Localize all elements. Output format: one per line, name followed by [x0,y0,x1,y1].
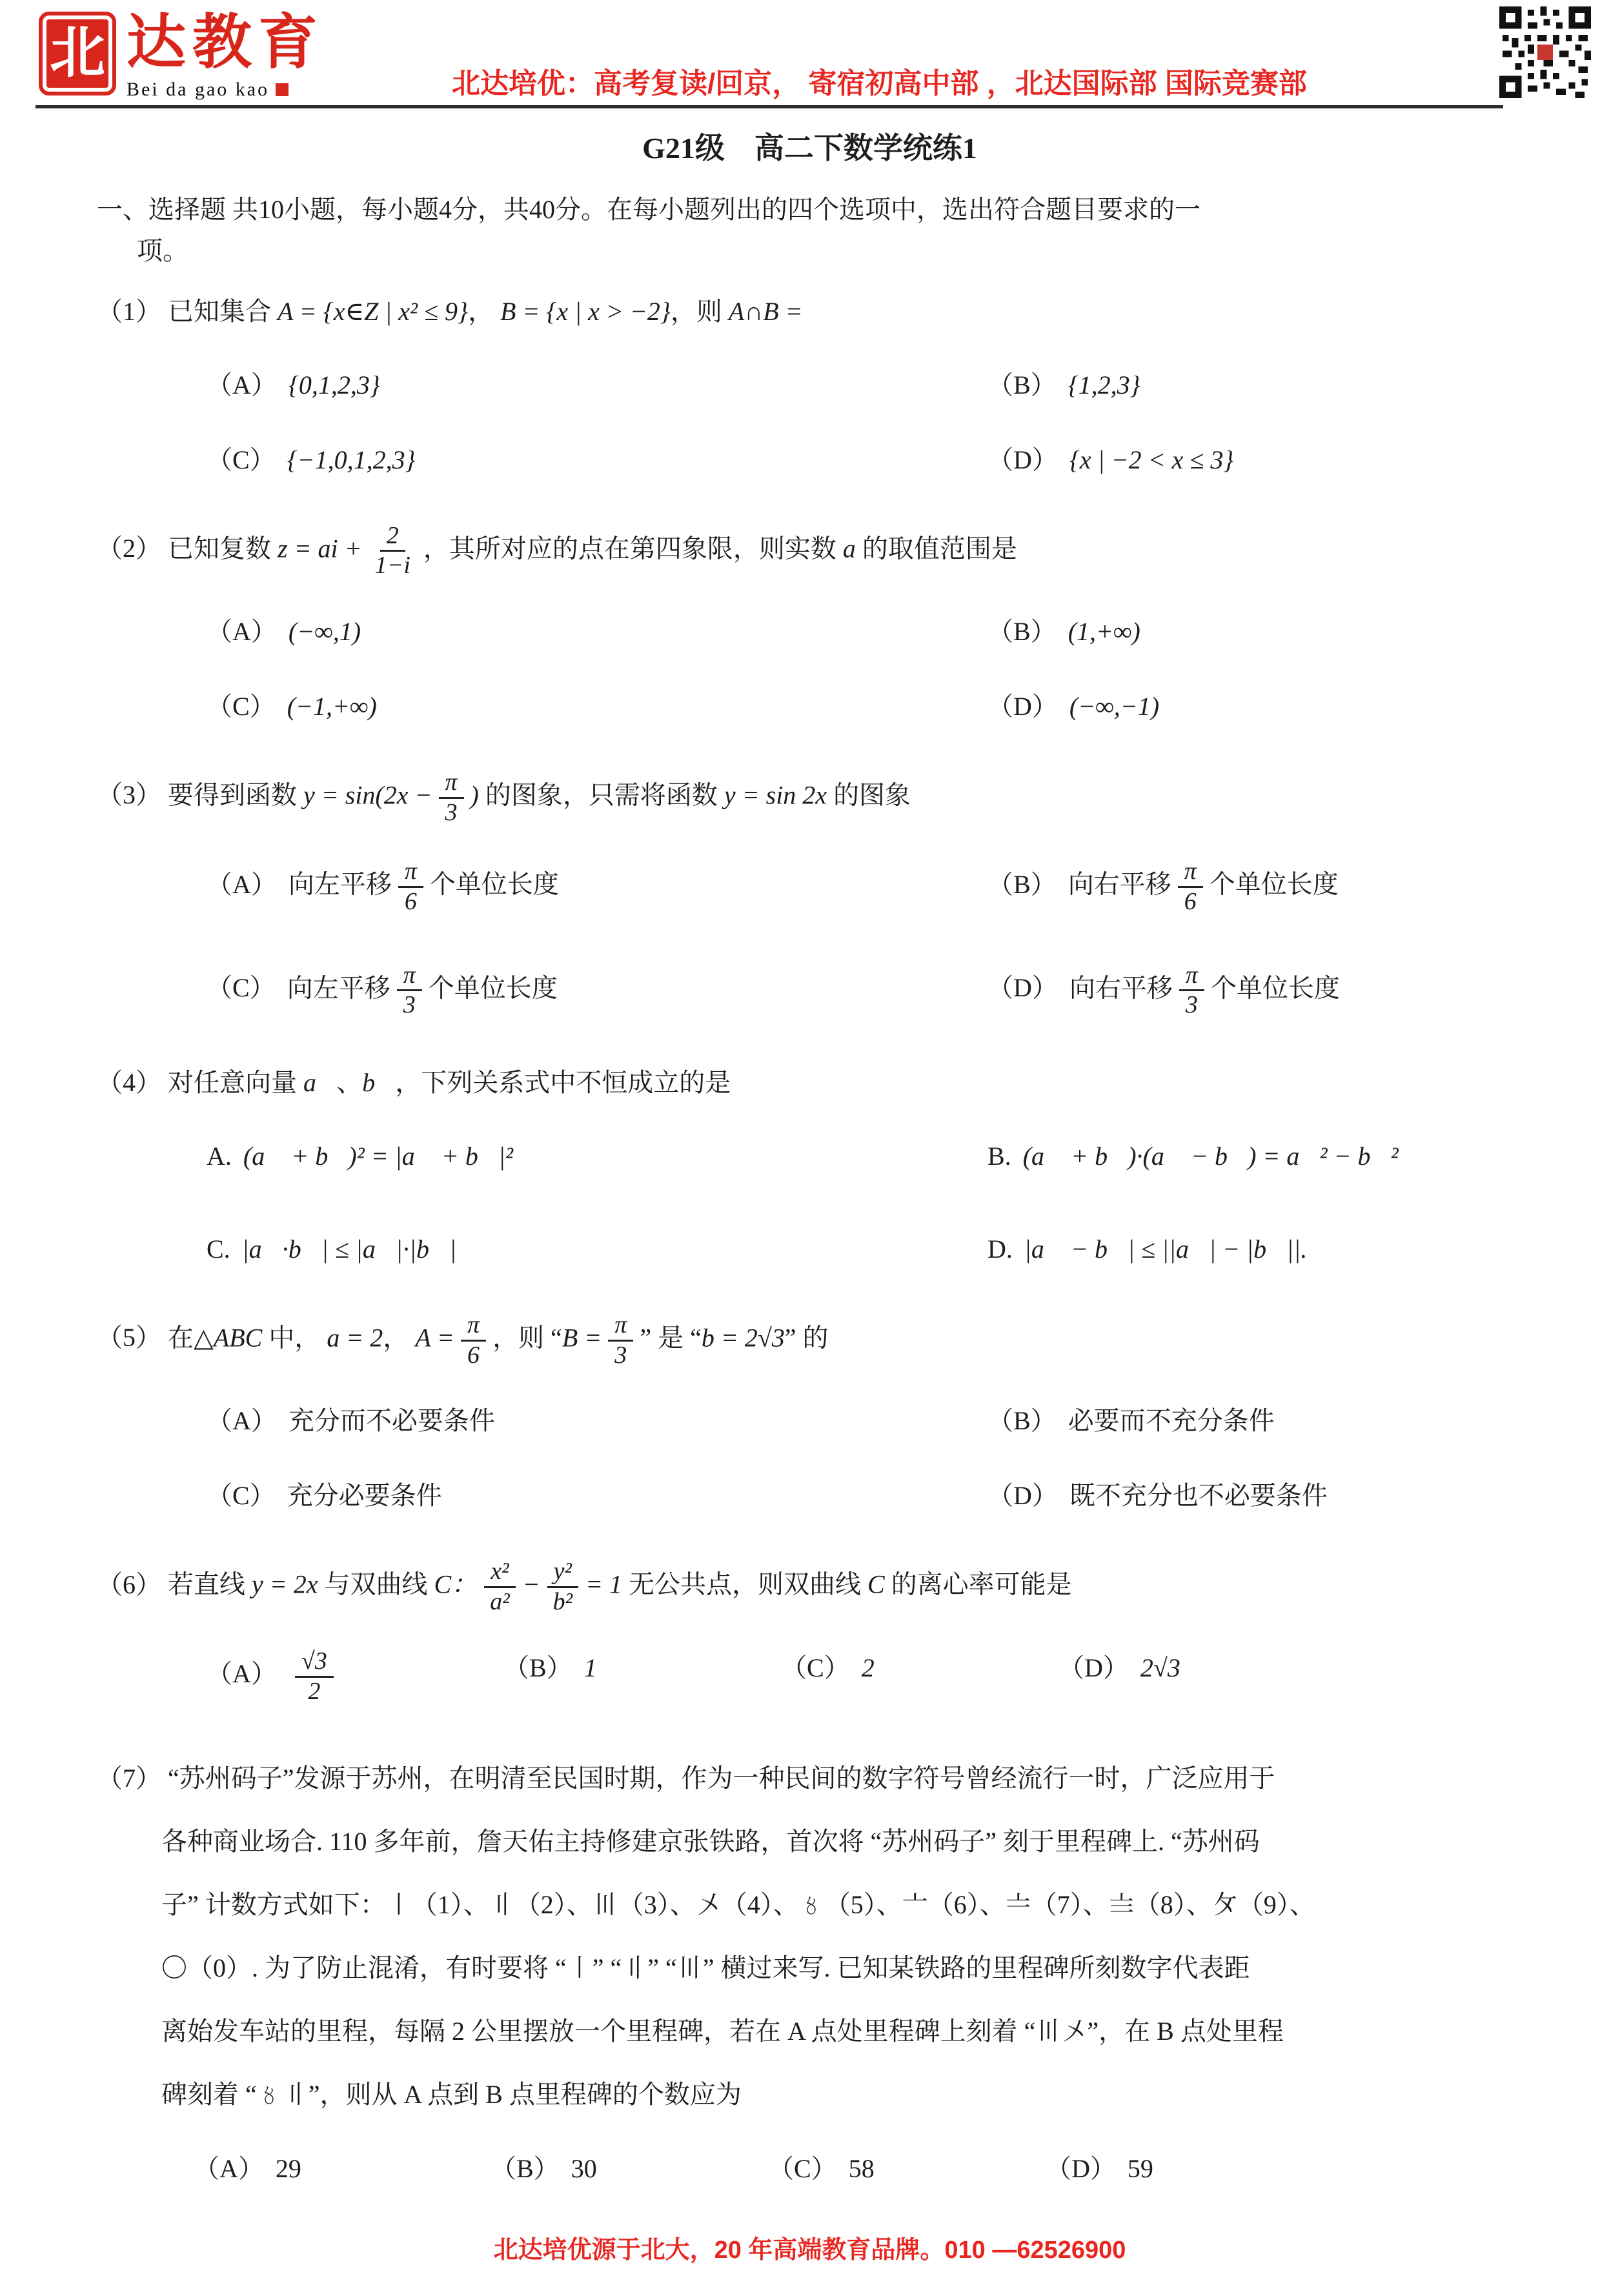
stem-text: 已知复数 [168,534,278,563]
option-label: （C） [207,1481,276,1510]
option-c: （C）2 [781,1647,1058,1706]
option-value: 29 [276,2154,301,2183]
stem-text: 要得到函数 [168,780,303,809]
exam-page: 北 达教育 Bei da gao kao 北达培优：高考复读/回京， 寄宿初高中… [0,0,1600,2296]
question-3: （3）要得到函数 y = sin(2x −π3) 的图象，只需将函数 y = s… [97,769,1523,1020]
question-1-options: （A）{0,1,2,3} （B）{1,2,3} （C）{−1,0,1,2,3} … [97,365,1523,481]
option-b: （B）向右平移π6个单位长度 [987,858,1523,916]
math-expression: A = [415,1323,454,1352]
stem-text: 对任意向量 [168,1068,303,1097]
option-a: （A）(−∞,1) [207,611,987,652]
option-b: （B）{1,2,3} [987,365,1523,406]
option-b: （B）30 [491,2148,768,2190]
option-value: 2 [862,1653,875,1682]
question-number: （5） [97,1323,161,1352]
question-7-line2: 各种商业场合. 110 多年前，詹天佑主持修建京张铁路，首次将 “苏州码子” 刻… [97,1810,1523,1873]
option-text: 向右平移 [1069,973,1173,1002]
stem-text: 与双曲线 [318,1570,434,1599]
option-d: （D）{x | −2 < x ≤ 3} [987,439,1523,481]
math-expression: C [867,1570,885,1599]
option-c: C.|a⃗·b⃗| ≤ |a⃗|·|b⃗|； [207,1229,987,1270]
paragraph-text: 各种商业场合. 110 多年前，詹天佑主持修建京张铁路，首次将 “苏州码子” 刻… [161,1827,1260,1856]
math-fraction: y²b² [547,1558,579,1616]
option-text: 充分而不必要条件 [289,1406,495,1435]
fraction-numerator: π [461,1311,486,1342]
option-label: C. [207,1234,230,1264]
brand-subtitle-text: Bei da gao kao [127,74,269,105]
math-expression: △ABC [194,1323,262,1352]
question-number: （7） [97,1764,161,1793]
option-text: 向左平移 [289,870,392,899]
question-4-options: A.(a⃗ + b⃗)² = |a⃗ + b⃗|²； B.(a⃗ + b⃗)·(… [97,1136,1523,1270]
option-label: （D） [987,973,1058,1002]
question-4-stem: （4）对任意向量 a⃗、b⃗，下列关系式中不恒成立的是 [97,1061,1523,1105]
option-b: （B）1 [503,1647,781,1706]
fraction-denominator: 3 [608,1342,633,1370]
option-label: （C） [768,2154,837,2183]
option-label: （C） [207,445,276,474]
option-c: （C）(−1,+∞) [207,686,987,727]
option-value: {0,1,2,3} [289,370,380,399]
header-slogan: 北达培优：高考复读/回京， 寄宿初高中部 ，北达国际部 国际竞赛部 [452,61,1307,106]
logo-seal-icon: 北 [39,12,116,96]
option-value: {1,2,3} [1068,370,1140,399]
option-label: （B） [987,870,1057,899]
question-4: （4）对任意向量 a⃗、b⃗，下列关系式中不恒成立的是 A.(a⃗ + b⃗)²… [97,1061,1523,1270]
fraction-numerator: √3 [295,1647,334,1678]
question-5-stem: （5）在△ABC 中， a = 2， A =π6，则 “B =π3” 是 “b … [97,1311,1523,1369]
fraction-denominator: a² [483,1588,516,1616]
paragraph-text: 离始发车站的里程，每隔 2 公里摆放一个里程碑，若在 A 点处里程碑上刻着 “〣… [161,2017,1284,2046]
instructions-line1: 一、选择题 共10小题，每小题4分，共40分。在每小题列出的四个选项中，选出符合… [97,189,1523,230]
fraction-numerator: y² [547,1558,578,1588]
option-value: (−∞,−1) [1069,692,1159,721]
stem-text: 的图象，只需将函数 [479,780,724,809]
question-number: （4） [97,1068,161,1097]
option-label: （A） [207,870,277,899]
option-label: （D） [1058,1653,1129,1682]
fraction-numerator: x² [484,1558,515,1588]
vector-a: a⃗ [303,1068,336,1097]
stem-text: ， [468,297,500,326]
option-label: A. [207,1142,232,1171]
paragraph-text: “苏州码子”发源于苏州，在明清至民国时期，作为一种民间的数字符号曾经流行一时，广… [168,1764,1275,1793]
option-a: （A）{0,1,2,3} [207,365,987,406]
question-number: （1） [97,297,161,326]
question-2-options: （A）(−∞,1) （B）(1,+∞) （C）(−1,+∞) （D）(−∞,−1… [97,611,1523,727]
option-label: （D） [987,445,1058,474]
option-text: 个单位长度 [1210,870,1339,899]
question-7-line5: 离始发车站的里程，每隔 2 公里摆放一个里程碑，若在 A 点处里程碑上刻着 “〣… [97,2000,1523,2063]
math-fraction: π3 [439,769,464,827]
option-label: （C） [781,1653,850,1682]
option-value: 1 [584,1653,597,1682]
option-label: （A） [207,1659,277,1688]
option-c: （C）充分必要条件 [207,1475,987,1516]
stem-text: ，则 “ [492,1323,562,1352]
option-text: 个单位长度 [429,973,558,1002]
fraction-denominator: 3 [439,799,464,827]
option-label: （A） [207,1406,277,1435]
option-value: {x | −2 < x ≤ 3} [1069,445,1233,474]
question-7: （7）“苏州码子”发源于苏州，在明清至民国时期，作为一种民间的数字符号曾经流行一… [97,1747,1523,2190]
option-label: （A） [194,2154,264,2183]
brand-text-block: 达教育 Bei da gao kao [127,12,324,105]
option-label: （B） [491,2154,560,2183]
brand-logo: 北 达教育 Bei da gao kao [39,12,324,105]
paragraph-text: 〇（0）. 为了防止混淆，有时要将 “〡” “〢” “〣” 横过来写. 已知某铁… [161,1953,1250,1982]
option-a: （A）√32 [207,1647,503,1706]
option-value: 2√3 [1140,1653,1180,1682]
fraction-numerator: π [1179,962,1204,992]
option-b: （B）(1,+∞) [987,611,1523,652]
exam-title: G21级 高二下数学统练1 [97,125,1523,172]
option-value: 30 [571,2154,597,2183]
brand-subtitle: Bei da gao kao [127,74,324,105]
option-b: （B）必要而不充分条件 [987,1400,1523,1442]
option-text: 向右平移 [1068,870,1171,899]
question-number: （3） [97,780,161,809]
option-value: |a⃗ − b⃗| ≤ ||a⃗| − |b⃗||. [1024,1234,1307,1264]
option-label: （B） [987,617,1057,646]
option-c: （C）{−1,0,1,2,3} [207,439,987,481]
math-expression: ) [471,780,479,809]
option-c: （C）58 [768,2148,1046,2190]
option-label: （D） [987,1481,1058,1510]
option-label: B. [987,1142,1011,1171]
qr-code [1499,6,1591,98]
stem-text: 的离心率可能是 [885,1570,1072,1599]
question-1-stem: （1）已知集合 A = {x∈Z | x² ≤ 9}， B = {x | x >… [97,290,1523,334]
question-5-options: （A）充分而不必要条件 （B）必要而不充分条件 （C）充分必要条件 （D）既不充… [97,1400,1523,1516]
question-1: （1）已知集合 A = {x∈Z | x² ≤ 9}， B = {x | x >… [97,290,1523,481]
math-expression: y = 2x [252,1570,318,1599]
question-7-line1: （7）“苏州码子”发源于苏州，在明清至民国时期，作为一种民间的数字符号曾经流行一… [97,1747,1523,1810]
option-value: 58 [849,2154,875,2183]
fraction-numerator: π [398,858,423,888]
fraction-denominator: 6 [1178,888,1203,916]
question-7-options: （A）29 （B）30 （C）58 （D）59 [97,2148,1523,2190]
option-label: （B） [987,370,1057,399]
option-text: 向左平移 [287,973,390,1002]
fraction-numerator: π [1178,858,1203,888]
stem-text: ” 的 [785,1323,829,1352]
math-expression: C： [434,1570,478,1599]
math-expression: z = ai + [278,534,362,563]
stem-text: ，则 [671,297,729,326]
option-text: 个单位长度 [430,870,559,899]
stem-text: 中， [262,1323,327,1352]
header-divider [35,105,1503,108]
math-fraction: π6 [398,858,423,916]
math-fraction: x²a² [483,1558,516,1616]
page-header: 北 达教育 Bei da gao kao 北达培优：高考复读/回京， 寄宿初高中… [0,0,1600,113]
math-fraction: π6 [461,1311,486,1369]
stem-text: 若直线 [168,1570,252,1599]
math-fraction: 21−i [369,522,417,580]
option-label: （C） [207,973,276,1002]
option-value: {−1,0,1,2,3} [287,445,416,474]
paragraph-text: 子” 计数方式如下：〡（1）、〢（2）、〣（3）、〤（4）、〥（5）、〦（6）、… [161,1890,1315,1919]
question-3-stem: （3）要得到函数 y = sin(2x −π3) 的图象，只需将函数 y = s… [97,769,1523,827]
math-expression: b = 2√3 [702,1323,785,1352]
option-d: （D）59 [1046,2148,1523,2190]
option-d: D.|a⃗ − b⃗| ≤ ||a⃗| − |b⃗||. [987,1229,1523,1270]
question-6-stem: （6）若直线 y = 2x 与双曲线 C：x²a²−y²b²= 1 无公共点，则… [97,1558,1523,1616]
question-2-stem: （2）已知复数 z = ai +21−i，其所对应的点在第四象限，则实数 a 的… [97,522,1523,580]
stem-text: 的图象 [827,780,911,809]
option-a: （A）29 [194,2148,491,2190]
math-fraction: π3 [397,962,422,1020]
math-expression: A = {x∈Z | x² ≤ 9} [278,297,468,326]
fraction-denominator: 6 [461,1342,486,1370]
question-6: （6）若直线 y = 2x 与双曲线 C：x²a²−y²b²= 1 无公共点，则… [97,1558,1523,1706]
option-d: （D）向右平移π3个单位长度 [987,962,1523,1020]
math-expression: B = [562,1323,602,1352]
math-expression: B = {x | x > −2} [500,297,671,326]
math-expression: = 1 [585,1570,622,1599]
stem-text: 已知集合 [168,297,278,326]
option-c: （C）向左平移π3个单位长度 [207,962,987,1020]
math-expression: y = sin(2x − [303,780,432,809]
option-d: （D）既不充分也不必要条件 [987,1475,1523,1516]
fraction-denominator: 3 [397,991,422,1020]
option-value: (a⃗ + b⃗)² = |a⃗ + b⃗|²； [243,1142,533,1171]
question-3-options: （A）向左平移π6个单位长度 （B）向右平移π6个单位长度 （C）向左平移π3个… [97,858,1523,1020]
option-text: 个单位长度 [1211,973,1340,1002]
stem-text: ，下列关系式中不恒成立的是 [395,1068,731,1097]
option-value: |a⃗·b⃗| ≤ |a⃗|·|b⃗|； [242,1234,477,1264]
option-text: 必要而不充分条件 [1068,1406,1275,1435]
option-text: 既不充分也不必要条件 [1069,1481,1328,1510]
question-number: （6） [97,1570,161,1599]
math-expression: − [523,1570,540,1599]
fraction-numerator: π [608,1311,633,1342]
stem-text: ，其所对应的点在第四象限，则实数 [423,534,843,563]
math-expression: y = sin 2x [724,780,827,809]
math-fraction: π3 [1179,962,1204,1020]
math-fraction: √32 [295,1647,334,1706]
option-value: (−1,+∞) [287,692,377,721]
option-a: （A）充分而不必要条件 [207,1400,987,1442]
stem-text: ” 是 “ [640,1323,702,1352]
question-7-line4: 〇（0）. 为了防止混淆，有时要将 “〡” “〢” “〣” 横过来写. 已知某铁… [97,1937,1523,2000]
question-7-line6: 碑刻着 “〥〢”，则从 A 点到 B 点里程碑的个数应为 [97,2063,1523,2126]
fraction-numerator: π [439,769,464,799]
brand-name: 达教育 [127,12,324,74]
fraction-denominator: b² [547,1588,579,1616]
question-number: （2） [97,534,161,563]
option-label: （A） [207,370,277,399]
option-d: （D）2√3 [1058,1647,1523,1706]
option-label: D. [987,1234,1013,1264]
question-2: （2）已知复数 z = ai +21−i，其所对应的点在第四象限，则实数 a 的… [97,522,1523,727]
option-value: 59 [1128,2154,1153,2183]
math-expression: a [843,534,856,563]
option-label: （D） [987,692,1058,721]
fraction-denominator: 6 [398,888,423,916]
question-5: （5）在△ABC 中， a = 2， A =π6，则 “B =π3” 是 “b … [97,1311,1523,1516]
logo-square-icon [276,83,289,96]
instructions-line2: 项。 [97,230,1523,272]
fraction-denominator: 1−i [369,552,417,580]
stem-text: ， [383,1323,415,1352]
fraction-denominator: 2 [301,1678,327,1706]
option-a: A.(a⃗ + b⃗)² = |a⃗ + b⃗|²； [207,1136,987,1177]
fraction-numerator: 2 [380,522,405,552]
math-fraction: π6 [1178,858,1203,916]
section-instructions: 一、选择题 共10小题，每小题4分，共40分。在每小题列出的四个选项中，选出符合… [97,189,1523,272]
question-7-line3: 子” 计数方式如下：〡（1）、〢（2）、〣（3）、〤（4）、〥（5）、〦（6）、… [97,1873,1523,1937]
paragraph-text: 碑刻着 “〥〢”，则从 A 点到 B 点里程碑的个数应为 [161,2080,742,2109]
option-label: （C） [207,692,276,721]
option-label: （D） [1046,2154,1116,2183]
option-d: （D）(−∞,−1) [987,686,1523,727]
stem-text: 无公共点，则双曲线 [622,1570,867,1599]
option-text: 充分必要条件 [287,1481,442,1510]
option-b: B.(a⃗ + b⃗)·(a⃗ − b⃗) = a⃗² − b⃗² [987,1136,1523,1177]
math-expression: a = 2 [327,1323,383,1352]
stem-text: 在 [168,1323,194,1352]
option-label: （B） [987,1406,1057,1435]
stem-text: 的取值范围是 [856,534,1017,563]
question-6-options: （A）√32 （B）1 （C）2 （D）2√3 [97,1647,1523,1706]
fraction-denominator: 3 [1179,991,1204,1020]
exam-body: G21级 高二下数学统练1 一、选择题 共10小题，每小题4分，共40分。在每小… [0,113,1600,2296]
stem-text: 、 [336,1068,362,1097]
option-label: （B） [503,1653,572,1682]
option-value: (a⃗ + b⃗)·(a⃗ − b⃗) = a⃗² − b⃗² [1023,1142,1399,1171]
option-label: （A） [207,617,277,646]
math-expression: A∩B = [729,297,803,326]
option-a: （A）向左平移π6个单位长度 [207,858,987,916]
math-fraction: π3 [608,1311,633,1369]
vector-b: b⃗ [362,1068,395,1097]
fraction-numerator: π [397,962,422,992]
option-value: (−∞,1) [289,617,361,646]
option-value: (1,+∞) [1068,617,1140,646]
